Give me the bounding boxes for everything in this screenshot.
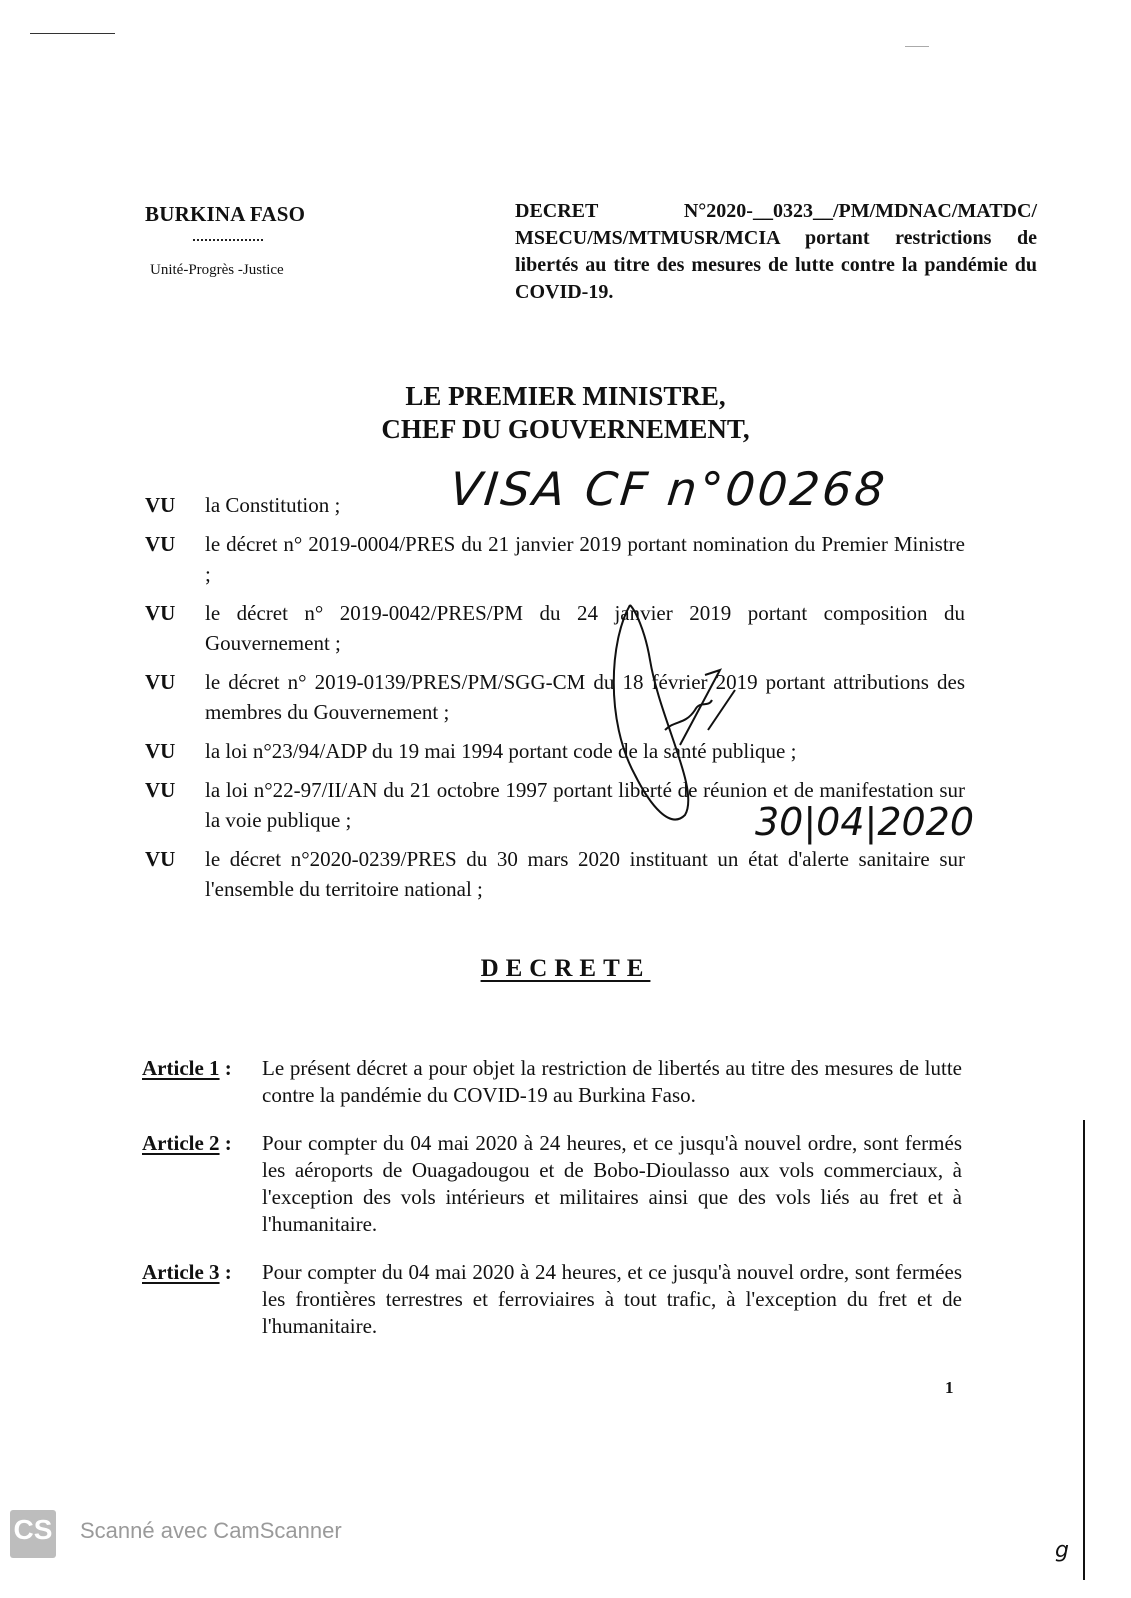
- visa-label: VU: [145, 844, 205, 904]
- visa-label: VU: [145, 490, 205, 520]
- article-item: Article 3 : Pour compter du 04 mai 2020 …: [142, 1259, 962, 1340]
- visa-text: la loi n°23/94/ADP du 19 mai 1994 portan…: [205, 736, 965, 766]
- visa-label: VU: [145, 775, 205, 835]
- handwritten-visa-annotation: VISA CF n°00268: [447, 462, 890, 516]
- margin-line: [1083, 1120, 1085, 1580]
- camscanner-logo-icon: CS: [10, 1510, 56, 1558]
- article-label-text: Article 3: [142, 1260, 220, 1284]
- visa-label: VU: [145, 529, 205, 589]
- issuer-line-1: LE PREMIER MINISTRE,: [0, 380, 1131, 413]
- visa-label: VU: [145, 598, 205, 658]
- issuer-block: LE PREMIER MINISTRE, CHEF DU GOUVERNEMEN…: [0, 380, 1131, 446]
- article-label-separator: :: [220, 1260, 232, 1284]
- visa-text: le décret n° 2019-0004/PRES du 21 janvie…: [205, 529, 965, 589]
- article-text: Le présent décret a pour objet la restri…: [262, 1055, 962, 1109]
- visa-item: VU le décret n° 2019-0042/PRES/PM du 24 …: [145, 598, 965, 658]
- handwritten-signature-icon: [590, 600, 770, 840]
- decree-title: DECRET N°2020-__0323__/PM/MDNAC/MATDC/ M…: [515, 198, 1037, 306]
- decrete-heading-text: DECRETE: [481, 955, 651, 982]
- article-text: Pour compter du 04 mai 2020 à 24 heures,…: [262, 1259, 962, 1340]
- visa-item: VU le décret n° 2019-0004/PRES du 21 jan…: [145, 529, 965, 589]
- article-label-separator: :: [220, 1056, 232, 1080]
- article-label: Article 3 :: [142, 1259, 262, 1340]
- visa-text: le décret n°2020-0239/PRES du 30 mars 20…: [205, 844, 965, 904]
- header-separator: [193, 239, 263, 241]
- article-label: Article 2 :: [142, 1130, 262, 1238]
- visa-item: VU le décret n°2020-0239/PRES du 30 mars…: [145, 844, 965, 904]
- visa-item: VU le décret n° 2019-0139/PRES/PM/SGG-CM…: [145, 667, 965, 727]
- camscanner-logo-text: CS: [14, 1514, 53, 1546]
- scan-artifact-mark: [905, 46, 929, 47]
- visa-label: VU: [145, 667, 205, 727]
- article-label-text: Article 1: [142, 1056, 220, 1080]
- article-label-text: Article 2: [142, 1131, 220, 1155]
- country-name: BURKINA FASO: [145, 202, 305, 227]
- issuer-line-2: CHEF DU GOUVERNEMENT,: [0, 413, 1131, 446]
- visa-list: VU la Constitution ; VU le décret n° 201…: [145, 490, 965, 913]
- article-label: Article 1 :: [142, 1055, 262, 1109]
- articles-list: Article 1 : Le présent décret a pour obj…: [142, 1055, 962, 1361]
- camscanner-watermark: Scanné avec CamScanner: [80, 1518, 342, 1544]
- handwritten-initial: g: [1055, 1538, 1069, 1563]
- national-motto: Unité-Progrès -Justice: [150, 262, 284, 279]
- article-label-separator: :: [220, 1131, 232, 1155]
- article-item: Article 2 : Pour compter du 04 mai 2020 …: [142, 1130, 962, 1238]
- decrete-heading: DECRETE: [0, 955, 1131, 983]
- visa-label: VU: [145, 736, 205, 766]
- visa-item: VU la loi n°23/94/ADP du 19 mai 1994 por…: [145, 736, 965, 766]
- page-number: 1: [945, 1378, 954, 1398]
- visa-text: le décret n° 2019-0139/PRES/PM/SGG-CM du…: [205, 667, 965, 727]
- article-item: Article 1 : Le présent décret a pour obj…: [142, 1055, 962, 1109]
- visa-text: le décret n° 2019-0042/PRES/PM du 24 jan…: [205, 598, 965, 658]
- scan-artifact-line: [30, 33, 115, 34]
- article-text: Pour compter du 04 mai 2020 à 24 heures,…: [262, 1130, 962, 1238]
- handwritten-date-annotation: 30|04|2020: [755, 800, 974, 844]
